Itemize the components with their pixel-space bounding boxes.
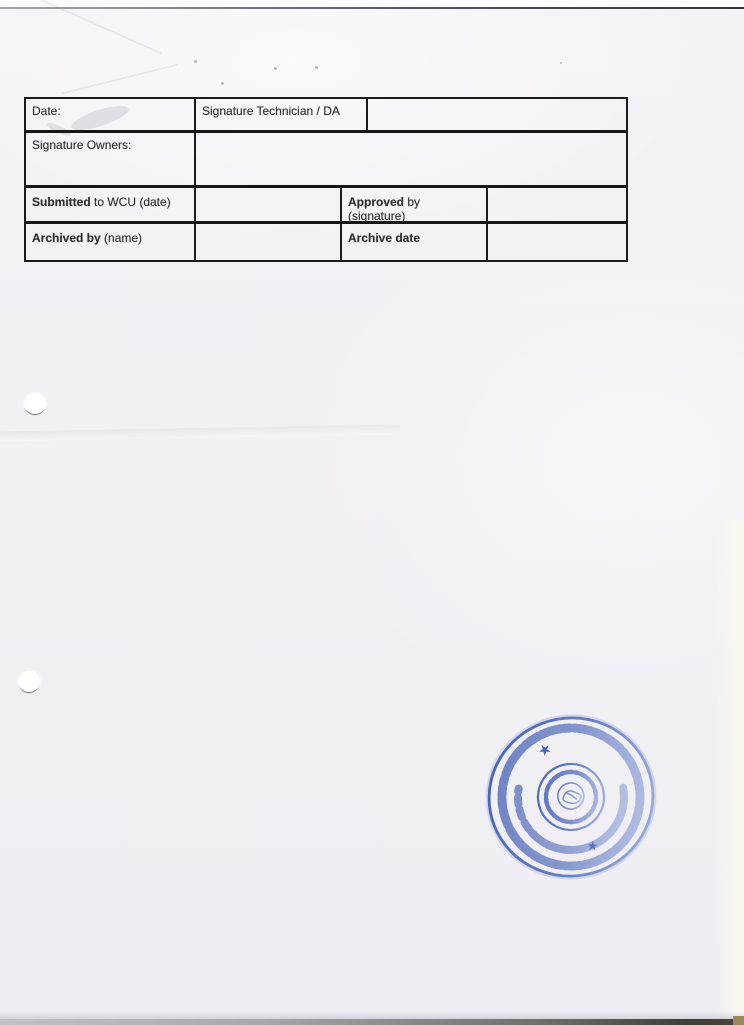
paper-speck <box>221 82 224 85</box>
punch-hole-top <box>24 393 46 414</box>
scan-edge-corner-chip <box>733 1016 744 1025</box>
scanned-paper-sheet: Date: Signature Technician / DA Signatur… <box>0 0 744 1025</box>
archive-date-label-cell: Archive date <box>342 224 488 260</box>
signature-owners-value-cell <box>196 133 626 185</box>
archived-label-bold: Archived by <box>32 231 101 245</box>
scan-edge-top-line <box>0 7 744 9</box>
scan-edge-top-white <box>0 0 744 7</box>
approved-label-cell: Approved by (signature) <box>342 188 488 221</box>
signature-technician-label: Signature Technician / DA <box>202 104 340 118</box>
stamp-inner-text-ring <box>542 768 600 826</box>
star-icon: ★ <box>586 838 599 854</box>
date-label-cell: Date: <box>26 99 196 130</box>
signature-technician-label-cell: Signature Technician / DA <box>196 99 368 130</box>
scan-edge-bottom-fade <box>0 1011 744 1019</box>
archived-label-rest: (name) <box>101 231 142 245</box>
circular-ink-stamp: ★ ★ <box>471 697 671 897</box>
submitted-label-rest: to WCU (date) <box>91 195 171 209</box>
stamp-emblem-scribble <box>562 789 582 805</box>
star-icon: ★ <box>535 739 556 761</box>
paper-crease <box>0 425 400 442</box>
signature-owners-label-cell: Signature Owners: <box>26 133 196 185</box>
submitted-label-cell: Submitted to WCU (date) <box>26 188 196 221</box>
stamp-secondary-text-arc <box>510 736 633 859</box>
paper-speck <box>274 67 277 70</box>
paper-speck <box>194 60 197 63</box>
scan-edge-right-band <box>716 520 744 1017</box>
submitted-value-cell <box>196 188 342 221</box>
paper-crease <box>62 64 179 95</box>
approved-value-cell <box>488 188 626 221</box>
signature-technician-value-cell <box>368 99 626 130</box>
submitted-label-bold: Submitted <box>32 195 91 209</box>
archive-date-value-cell <box>488 224 626 260</box>
scan-edge-bottom-strip <box>0 1019 744 1025</box>
date-label: Date: <box>32 104 61 118</box>
signature-form-table: Date: Signature Technician / DA Signatur… <box>24 97 628 262</box>
archive-date-label: Archive date <box>348 231 420 245</box>
signature-owners-label: Signature Owners: <box>32 138 131 152</box>
paper-speck <box>315 66 318 69</box>
table-row-archived: Archived by (name) Archive date <box>26 224 626 260</box>
table-row-signature-owners: Signature Owners: <box>26 133 626 188</box>
archived-label-cell: Archived by (name) <box>26 224 196 260</box>
approved-label-bold: Approved <box>348 195 404 209</box>
archived-value-cell <box>196 224 342 260</box>
punch-hole-bottom <box>18 671 40 692</box>
table-row-submitted: Submitted to WCU (date) Approved by (sig… <box>26 188 626 224</box>
paper-speck <box>560 62 562 64</box>
table-row-date: Date: Signature Technician / DA <box>26 99 626 133</box>
